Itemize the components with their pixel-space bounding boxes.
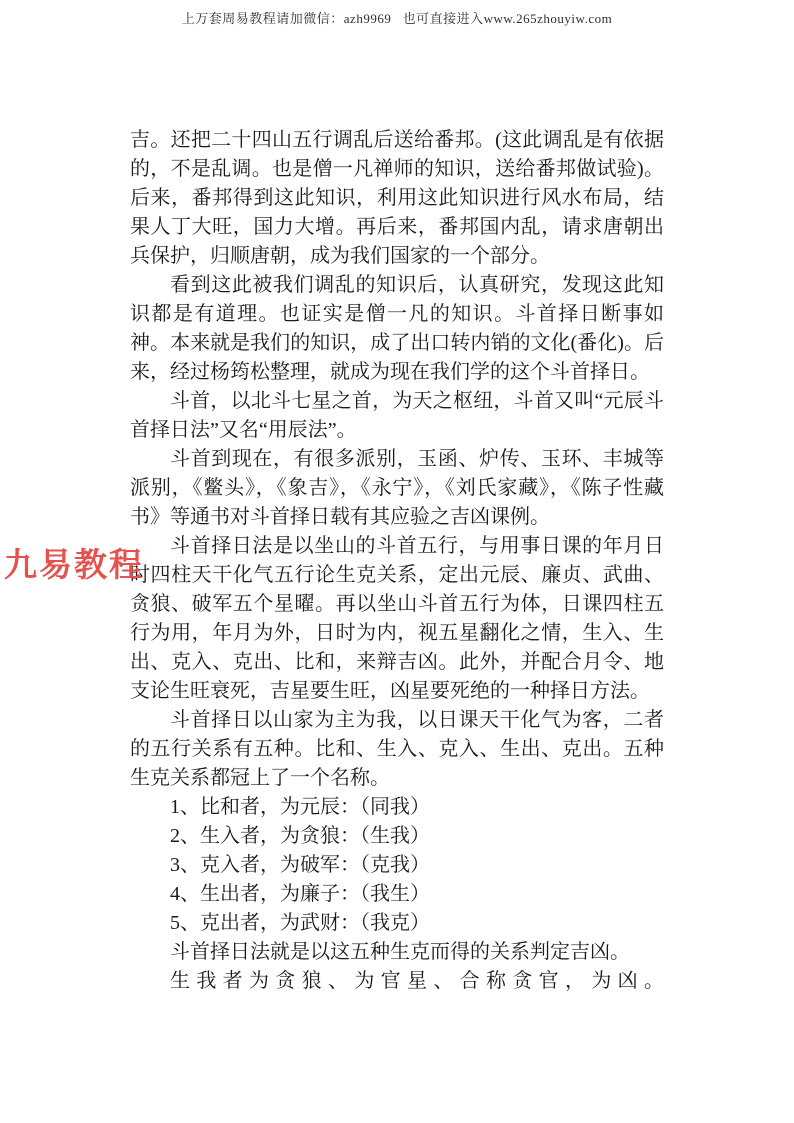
list-item: 4、生出者，为廉子：（我生） <box>130 880 664 909</box>
paragraph: 斗首到现在，有很多派别，玉函、炉传、玉环、丰城等派别，《鳖头》，《象吉》，《永宁… <box>130 445 664 532</box>
closing-line: 斗首择日法就是以这五种生克而得的关系判定吉凶。 <box>130 938 664 967</box>
header-promo-text: 上万套周易教程请加微信：azh9969 也可直接进入www.265zhouyiw… <box>0 8 794 27</box>
list-item: 5、克出者，为武财：（我克） <box>130 909 664 938</box>
paragraph: 斗首，以北斗七星之首，为天之枢纽，斗首又叫“元辰斗首择日法”又名“用辰法”。 <box>130 387 664 445</box>
document-body: 吉。还把二十四山五行调乱后送给番邦。(这此调乱是有依据的，不是乱调。也是僧一凡禅… <box>130 126 664 1025</box>
dashed-line <box>34 1012 262 1014</box>
list-item: 3、克入者，为破军：（克我） <box>130 851 664 880</box>
list-item: 1、比和者，为元辰：（同我） <box>130 793 664 822</box>
closing-line-text: 生我者为贪狼、为官星、合称贪官，为凶。 <box>170 970 664 992</box>
paragraph: 斗首择日以山家为主为我，以日课天干化气为客，二者的五行关系有五种。比和、生入、克… <box>130 706 664 793</box>
list-item: 2、生入者，为贪狼：（生我） <box>130 822 664 851</box>
closing-line: 生我者为贪狼、为官星、合称贪官，为凶。 <box>130 967 664 1025</box>
document-page: 上万套周易教程请加微信：azh9969 也可直接进入www.265zhouyiw… <box>0 0 794 1123</box>
paragraph: 斗首择日法是以坐山的斗首五行，与用事日课的年月日时四柱天干化气五行论生克关系，定… <box>130 532 664 706</box>
watermark-jiuyi-jiaocheng: 九易教程 <box>4 539 144 586</box>
paragraph: 看到这此被我们调乱的知识后，认真研究，发现这此知识都是有道理。也证实是僧一凡的知… <box>130 271 664 387</box>
paragraph-continuation: 吉。还把二十四山五行调乱后送给番邦。(这此调乱是有依据的，不是乱调。也是僧一凡禅… <box>130 126 664 271</box>
